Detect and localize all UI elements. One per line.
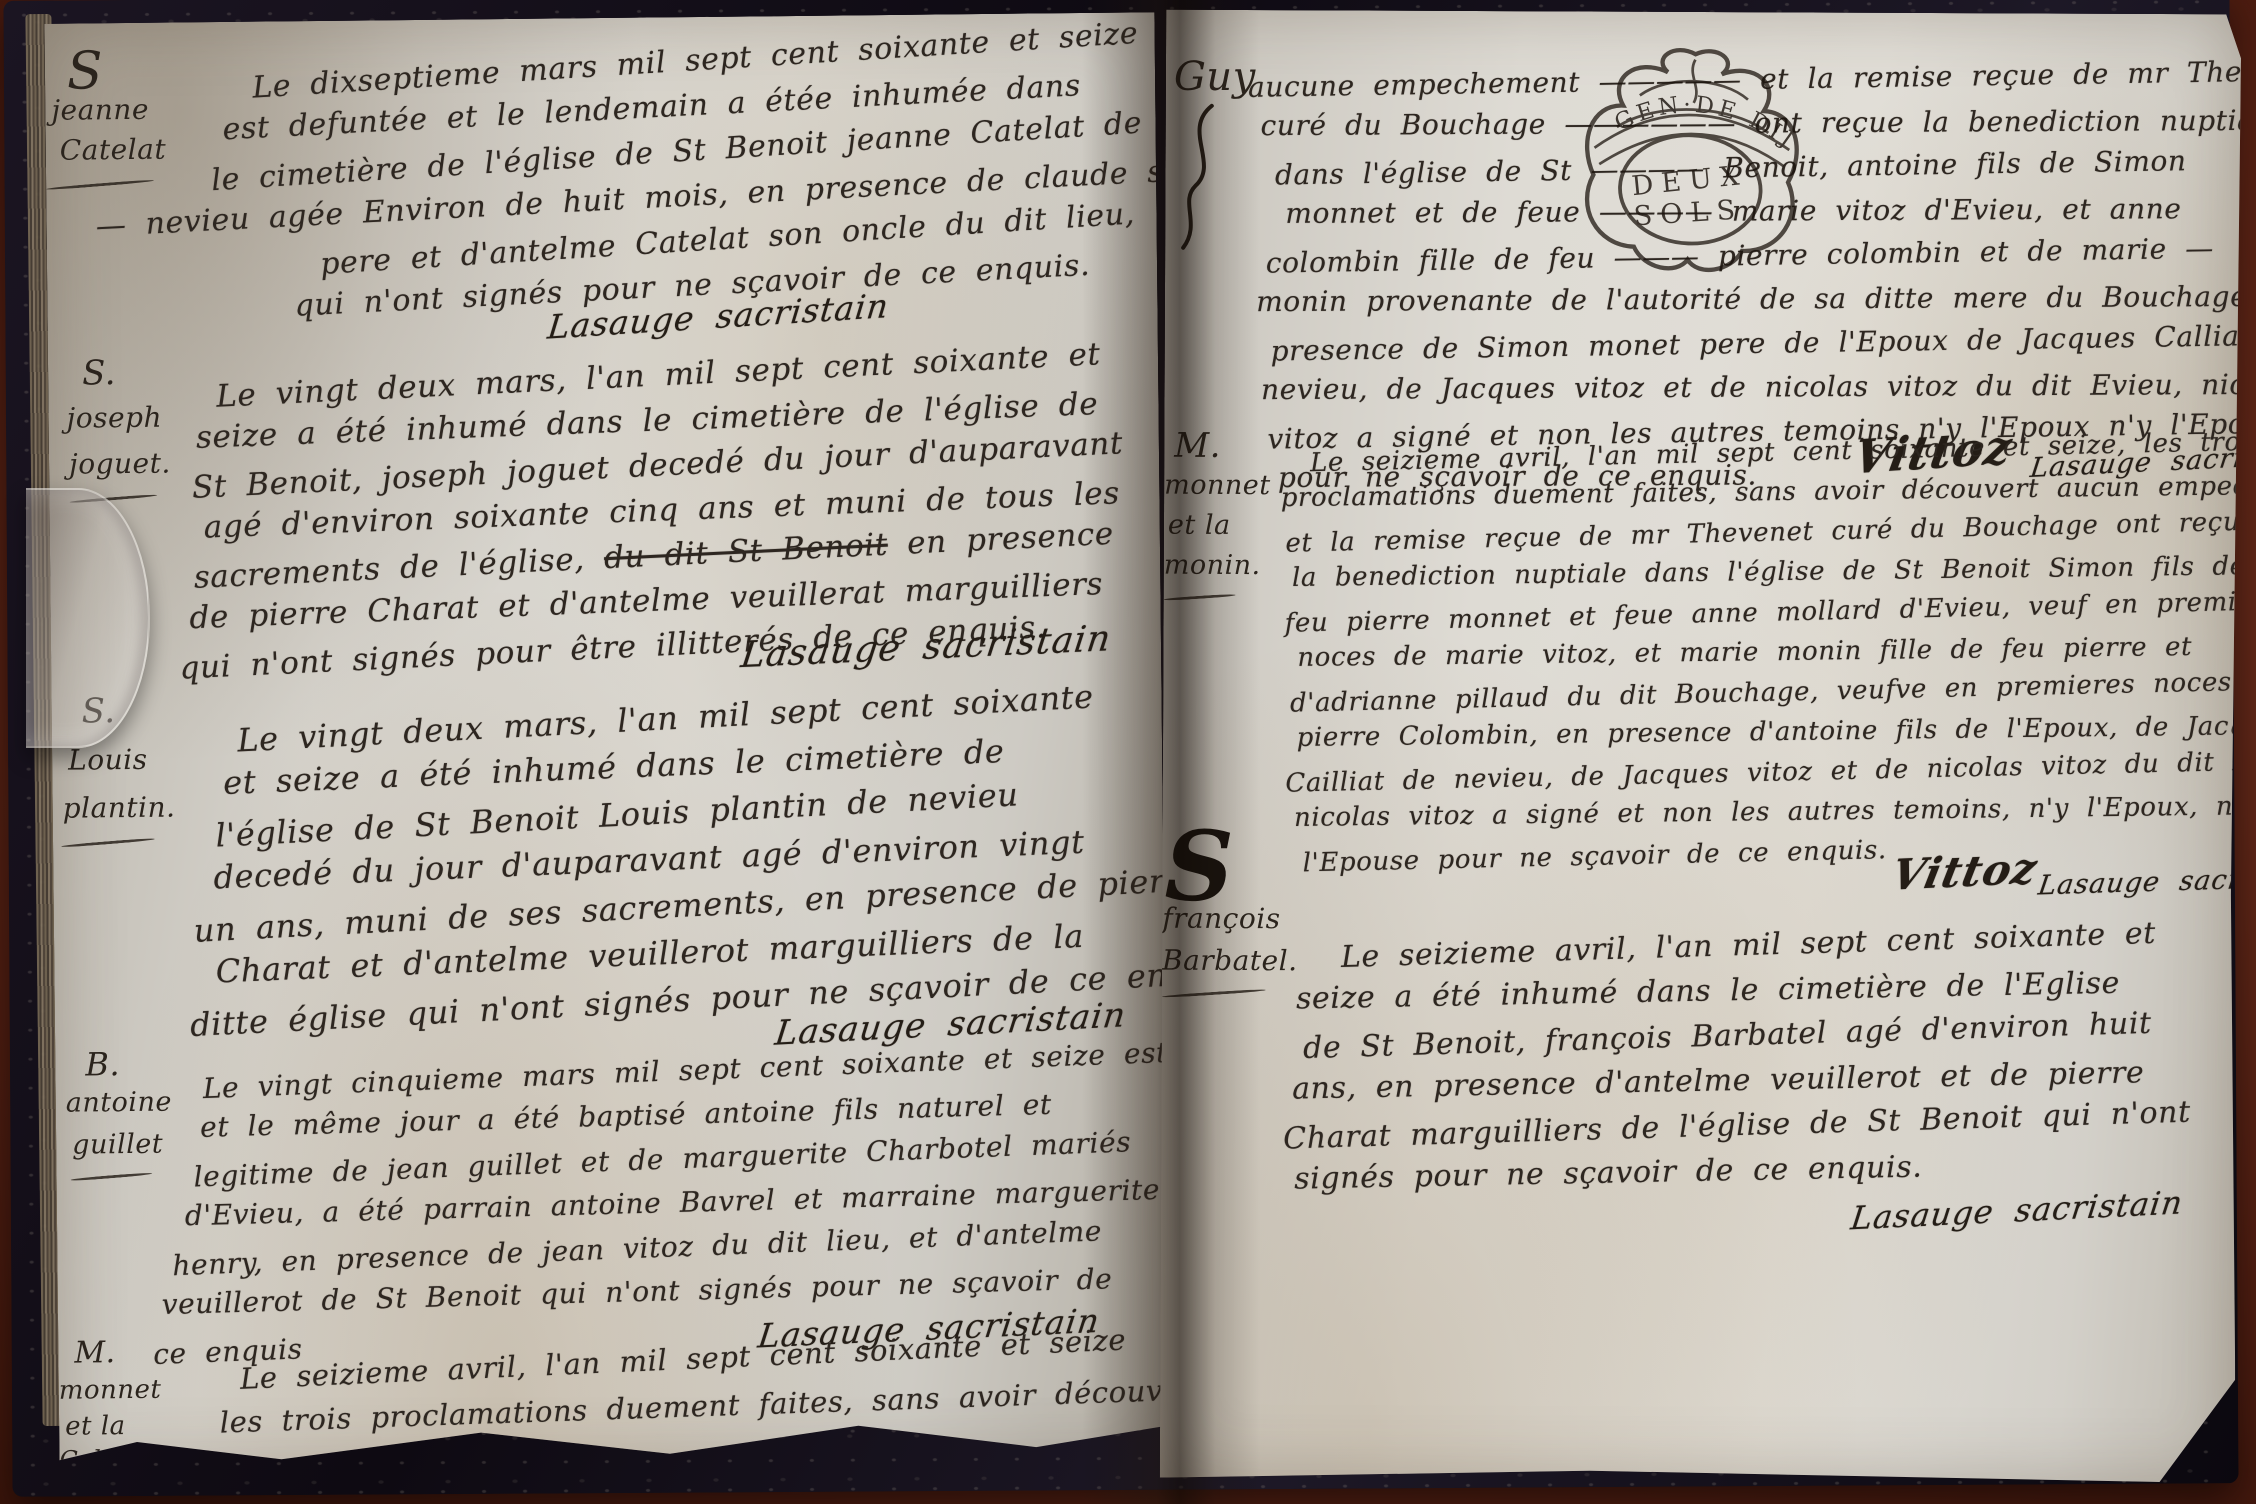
margin-name: monnet <box>1164 470 1271 501</box>
margin-underline <box>46 179 154 191</box>
margin-name: et la <box>1168 510 1231 541</box>
margin-brace-flourish <box>1175 102 1222 252</box>
burial-record-louis-plantin: Le vingt deux mars, l'an mil sept cent s… <box>196 674 1239 1049</box>
margin-name: Guy <box>1174 54 1256 100</box>
margin-name: guillet <box>72 1129 163 1161</box>
manuscript-photo: { "stamp": { "banner": "GEN·DE DIJON", "… <box>0 0 2256 1504</box>
margin-letter: S. <box>82 353 116 393</box>
witness-signature-vittoz: Vittoz <box>1888 843 2042 899</box>
margin-name: monin. <box>1164 550 1261 581</box>
marriage-record-monnet-monin: Le seizieme avril, l'an mil sept cent so… <box>1280 428 2256 886</box>
margin-underline <box>71 1172 153 1182</box>
margin-name: Catelat <box>60 133 167 167</box>
margin-name: joseph <box>66 401 162 435</box>
burial-record-francois-barbatel: Le seizieme avril, l'an mil sept cent so… <box>1279 917 2193 1208</box>
margin-letter: M. <box>74 1335 116 1370</box>
margin-underline <box>1164 593 1236 601</box>
margin-name: Barbatel. <box>1162 944 1298 978</box>
margin-name: joguet. <box>69 447 171 481</box>
register-page-right: Guy aucune empechement ————— et la remis… <box>1160 10 2241 1483</box>
burial-record-jeanne-catelat: Le dixseptieme mars mil sept cent soixan… <box>189 15 1208 341</box>
margin-name: jeanne <box>51 93 149 127</box>
margin-name: monnet <box>59 1375 162 1406</box>
margin-name: plantin. <box>62 791 175 825</box>
margin-letter: B. <box>85 1045 120 1083</box>
margin-underline <box>1162 988 1266 998</box>
margin-name: françois <box>1162 902 1280 936</box>
tax-stamp-generalite-dijon: GEN·DE DIJON DEUX SOLS <box>1551 33 1832 281</box>
margin-underline <box>61 837 155 848</box>
margin-name: antoine <box>66 1087 172 1119</box>
margin-letter: M. <box>1174 426 1221 466</box>
margin-name: et la <box>65 1411 126 1442</box>
stamp-denomination: SOLS <box>1633 194 1744 232</box>
register-page-left: S jeanne Catelat Le dixseptieme mars mil… <box>44 12 1169 1472</box>
